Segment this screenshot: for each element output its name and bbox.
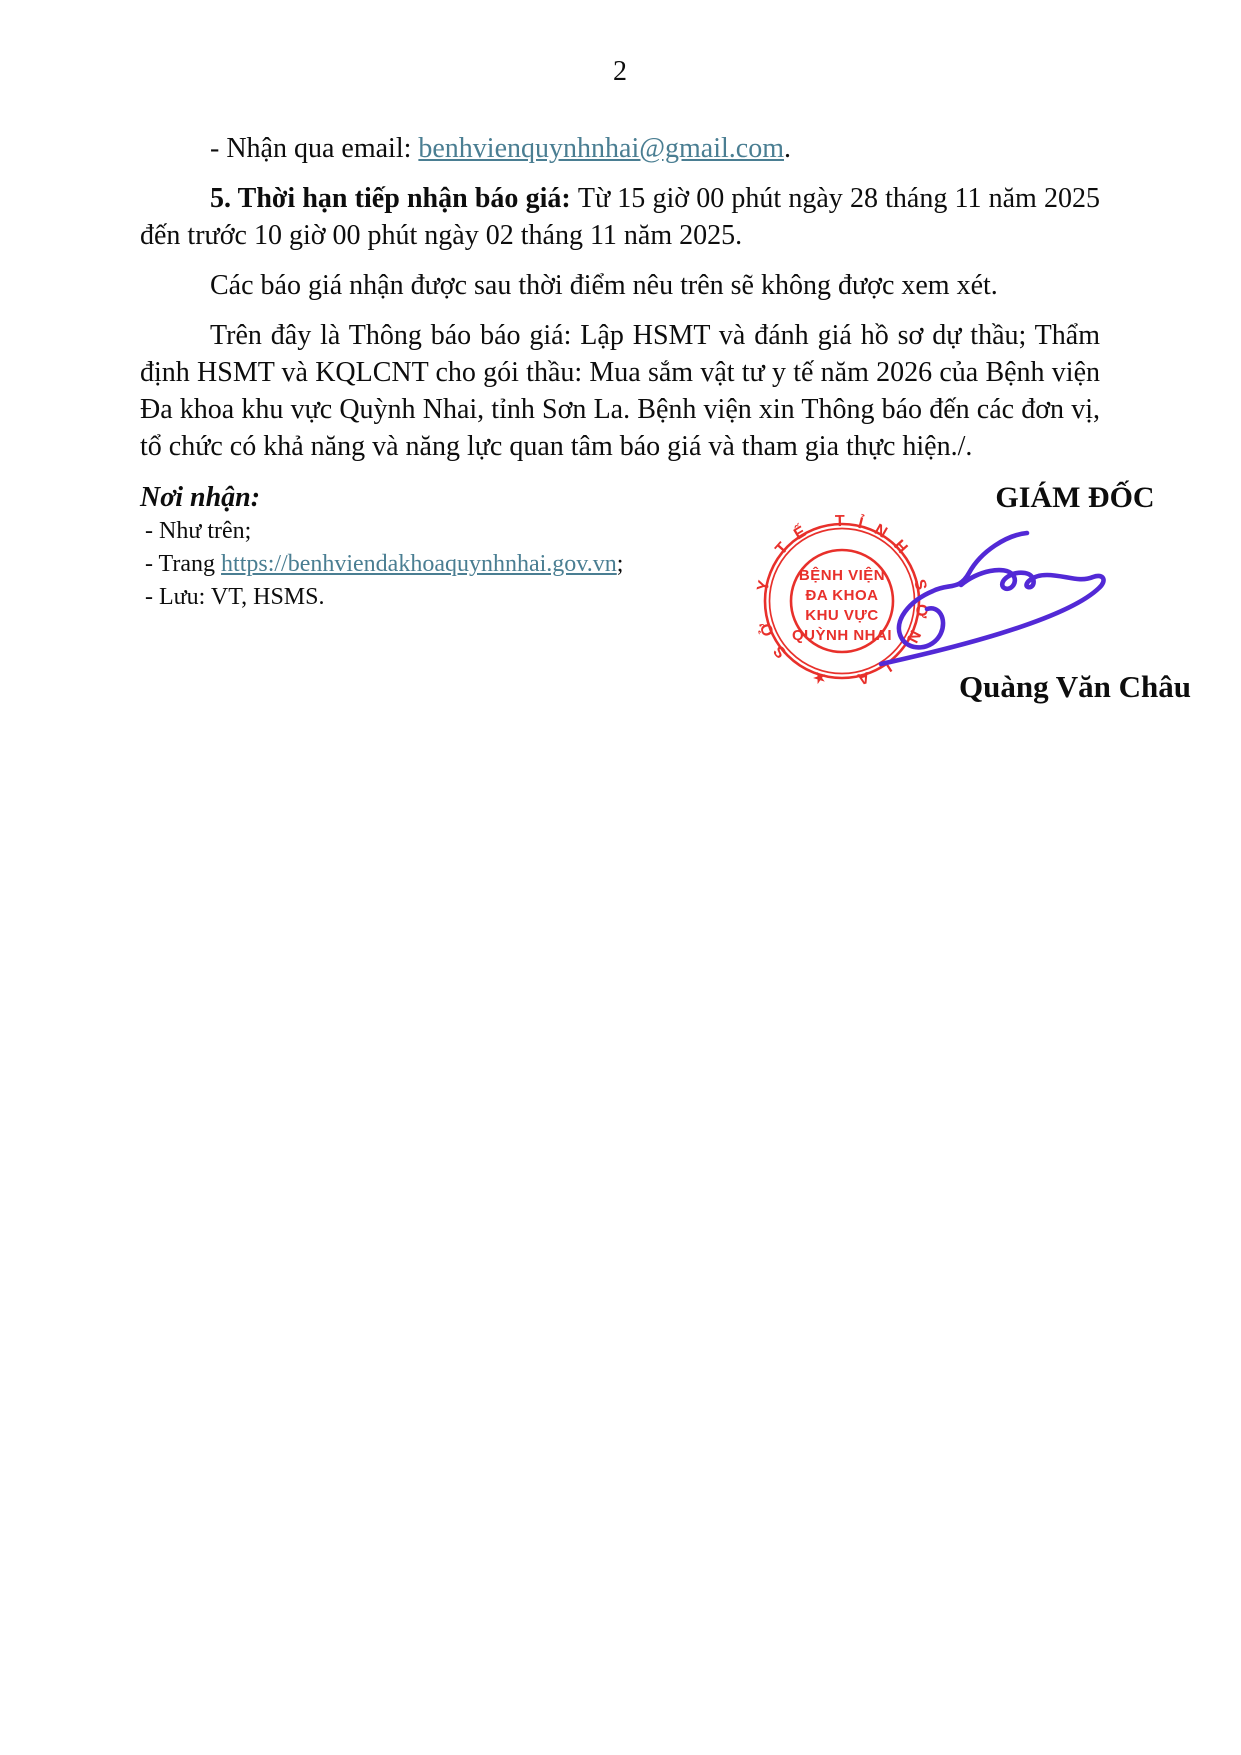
website-link[interactable]: https://benhviendakhoaquynhnhai.gov.vn <box>221 551 617 577</box>
signer-name: Quàng Văn Châu <box>840 669 1241 705</box>
email-link[interactable]: benhvienquynhnhai@gmail.com <box>418 133 784 164</box>
email-line: - Nhận qua email: benhvienquynhnhai@gmai… <box>140 130 1100 167</box>
note-paragraph: Các báo giá nhận được sau thời điểm nêu … <box>140 267 1100 304</box>
document-footer: Nơi nhận: - Như trên; - Trang https://be… <box>140 481 1100 781</box>
handwritten-signature <box>855 521 1125 676</box>
section5-paragraph: 5. Thời hạn tiếp nhận báo giá: Từ 15 giờ… <box>140 180 1100 254</box>
closing-paragraph: Trên đây là Thông báo báo giá: Lập HSMT … <box>140 317 1100 465</box>
document-page: 2 - Nhận qua email: benhvienquynhnhai@gm… <box>0 0 1241 1755</box>
section5-heading: 5. Thời hạn tiếp nhận báo giá: <box>210 183 578 214</box>
email-line-prefix: - Nhận qua email: <box>210 133 418 164</box>
email-line-suffix: . <box>784 133 791 164</box>
recipients-item-prefix: - Trang <box>145 551 221 577</box>
recipients-item-suffix: ; <box>617 551 624 577</box>
page-number: 2 <box>140 55 1100 88</box>
document-content: 2 - Nhận qua email: benhvienquynhnhai@gm… <box>140 0 1100 781</box>
